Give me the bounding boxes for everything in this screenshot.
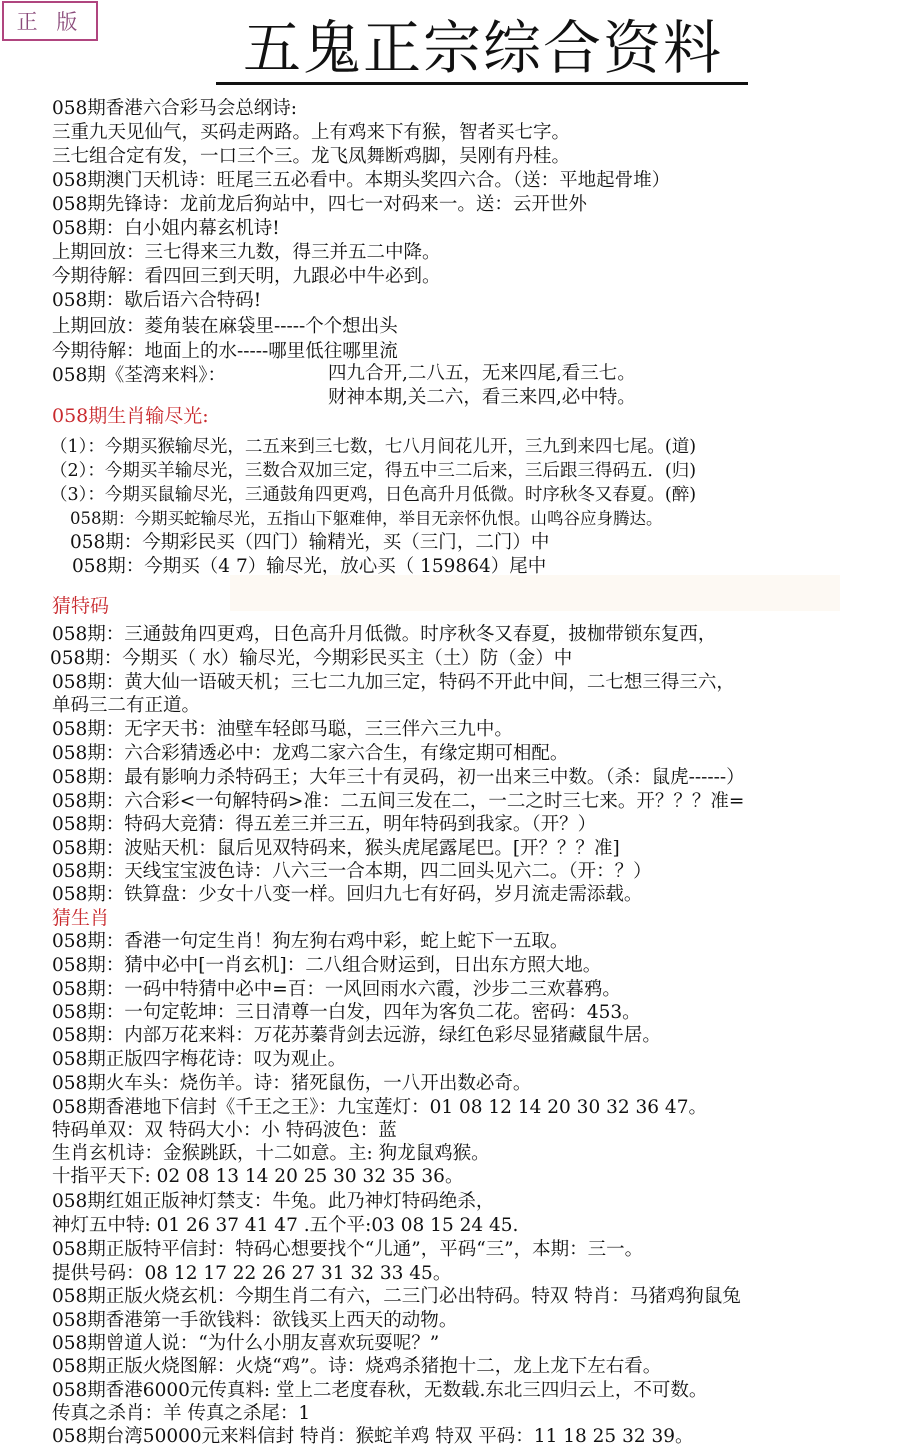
intro-line: 三七组合定有发，一口三个三。龙飞凤舞断鸡脚，吴刚有丹桂。 [52, 145, 570, 169]
zodiac-lose-line: （3）：今期买鼠输尽光，三通鼓角四更鸡，日色高升月低微。时序秋冬又春夏。(醉) [50, 483, 696, 507]
guess-zodiac-line: 058期台湾50000元来料信封 特肖：猴蛇羊鸡 特双 平码：11 18 25 … [52, 1425, 694, 1445]
guess-zodiac-line: 058期正版特平信封：特码心想要找个“儿通”，平码“三”，本期：三一。 [52, 1238, 643, 1262]
guess-zodiac-line: 058期正版火烧图解：火烧“鸡”。诗：烧鸡杀猪抱十二，龙上龙下左右看。 [52, 1355, 661, 1379]
zodiac-lose-line: （1）：今期买猴输尽光，二五来到三七数，七八月间花儿开，三九到来四七尾。(道) [50, 435, 696, 459]
faded-banner [230, 575, 840, 611]
guess-special-line: 058期：特码大竞猜：得五差三并三五，明年特码到我家。（开？） [52, 813, 596, 837]
guess-special-line: 058期：六合彩<一句解特码>准：二五间三发在二，一二之时三七来。开？？？准= [52, 790, 744, 814]
quan-wan-line: 财神本期,关二六，看三来四,必中特。 [328, 386, 636, 410]
guess-zodiac-line: 神灯五中特: 01 26 37 41 47 .五个平:03 08 15 24 4… [52, 1214, 518, 1238]
quan-wan-label: 058期《荃湾来料》： [52, 364, 226, 388]
guess-special-line: 058期：黄大仙一语破天机；三七二九加三定，特码不开此中间，二七想三得三六， [52, 671, 735, 695]
zodiac-lose-line: 058期：今期彩民买（四门）输精光，买（三门，二门）中 [70, 531, 549, 555]
guess-zodiac-line: 058期曾道人说：“为什么小朋友喜欢玩耍呢？” [52, 1332, 439, 1356]
zodiac-lose-line: （2）：今期买羊输尽光，三数合双加三定，得五中三二后来，三后跟三得码五．(归) [50, 459, 696, 483]
title-underline [216, 82, 748, 85]
guess-special-line: 058期：铁算盘：少女十八变一样。回归九七有好码，岁月流走需添载。 [52, 883, 642, 907]
section-heading-guess-special: 猜特码 [52, 594, 109, 618]
guess-zodiac-line: 058期：香港一句定生肖！狗左狗右鸡中彩，蛇上蛇下一五取。 [52, 930, 568, 954]
intro-line: 三重九天见仙气，买码走两路。上有鸡来下有猴，智者买七字。 [52, 121, 570, 145]
intro-line: 058期香港六合彩马会总纲诗: [52, 97, 297, 121]
quan-wan-line: 四九合开,二八五，无来四尾,看三七。 [328, 362, 636, 386]
guess-special-line: 058期：六合彩猜透必中：龙鸡二家六合生，有缘定期可相配。 [52, 742, 568, 766]
guess-special-line: 058期：波贴天机：鼠后见双特码来，猴头虎尾露尾巴。[开？？？准] [52, 837, 620, 861]
guess-zodiac-line: 058期红姐正版神灯禁支：牛兔。此乃神灯特码绝杀， [52, 1190, 494, 1214]
intro-line: 058期澳门天机诗：旺尾三五必看中。本期头奖四六合。（送：平地起骨堆） [52, 169, 670, 193]
guess-zodiac-line: 058期火车头：烧伤羊。诗：猪死鼠伤，一八开出数必奇。 [52, 1072, 531, 1096]
guess-zodiac-line: 058期香港第一手欲钱料：欲钱买上西天的动物。 [52, 1309, 457, 1333]
guess-zodiac-line: 058期：一句定乾坤：三日清尊一白发，四年为客负二花。密码：453。 [52, 1001, 641, 1025]
intro-line: 今期待解：看四回三到天明，九跟必中牛必到。 [52, 265, 441, 289]
guess-zodiac-line: 058期正版火烧玄机：今期生肖二有六，二三门必出特码。特双 特肖：马猪鸡狗鼠兔 [52, 1285, 741, 1309]
guess-special-line: 单码三二有正道。 [52, 694, 200, 718]
intro-line: 上期回放：三七得来三九数，得三并五二中降。 [52, 241, 441, 265]
guess-special-line: 058期：今期买（ 水）输尽光，今期彩民买主（土）防（金）中 [50, 647, 572, 671]
guess-special-line: 058期：无字天书：油壁车轻郎马聪，三三伴六三九中。 [52, 718, 513, 742]
official-badge: 正 版 [2, 1, 98, 41]
guess-zodiac-line: 058期香港6000元传真料: 堂上二老度春秋，无数载.东北三四归云上，不可数。 [52, 1379, 707, 1403]
section-heading-zodiac-lose: 058期生肖输尽光: [52, 404, 209, 428]
intro-line: 058期先锋诗：龙前龙后狗站中，四七一对码来一。送：云开世外 [52, 193, 587, 217]
guess-zodiac-line: 058期：一码中特猜中必中=百：一风回雨水六霞，沙步二三欢暮鸦。 [52, 978, 621, 1002]
guess-special-line: 058期：最有影响力杀特码王；大年三十有灵码，初一出来三中数。（杀：鼠虎----… [52, 766, 745, 790]
intro-line: 上期回放：菱角装在麻袋里-----个个想出头 [52, 315, 398, 339]
zodiac-lose-line: 058期：今期买蛇输尽光，五指山下躯难伸，举目无亲怀仇恨。山鸣谷应身腾达。 [70, 507, 663, 531]
intro-line: 058期：白小姐内幕玄机诗! [52, 217, 280, 241]
guess-zodiac-line: 提供号码：08 12 17 22 26 27 31 32 33 45。 [52, 1262, 451, 1286]
section-heading-guess-zodiac: 猜生肖 [52, 906, 109, 930]
guess-zodiac-line: 传真之杀肖：羊 传真之杀尾：1 [52, 1402, 310, 1426]
guess-zodiac-line: 058期香港地下信封《千王之王》：九宝莲灯：01 08 12 14 20 30 … [52, 1096, 707, 1120]
guess-special-line: 058期：三通鼓角四更鸡，日色高升月低微。时序秋冬又春夏，披枷带锁东复西， [52, 623, 716, 647]
guess-zodiac-line: 十指平天下: 02 08 13 14 20 25 30 32 35 36。 [52, 1165, 463, 1189]
intro-line: 今期待解：地面上的水-----哪里低往哪里流 [52, 340, 398, 364]
guess-special-line: 058期：天线宝宝波色诗：八六三一合本期，四二回头见六二。（开：？） [52, 860, 652, 884]
page-title: 五鬼正宗综合资料 [218, 16, 748, 80]
guess-zodiac-line: 058期正版四字梅花诗：叹为观止。 [52, 1048, 346, 1072]
guess-zodiac-line: 058期：内部万花来料：万花苏蓁背剑去远游，绿红色彩尽显猪藏鼠牛居。 [52, 1024, 661, 1048]
guess-zodiac-line: 特码单双：双 特码大小：小 特码波色：蓝 [52, 1119, 397, 1143]
intro-line: 058期：歇后语六合特码! [52, 289, 261, 313]
guess-zodiac-line: 生肖玄机诗：金猴跳跃，十二如意。主: 狗龙鼠鸡猴。 [52, 1142, 490, 1166]
guess-zodiac-line: 058期：猜中必中[一肖玄机]：二八组合财运到，日出东方照大地。 [52, 954, 601, 978]
